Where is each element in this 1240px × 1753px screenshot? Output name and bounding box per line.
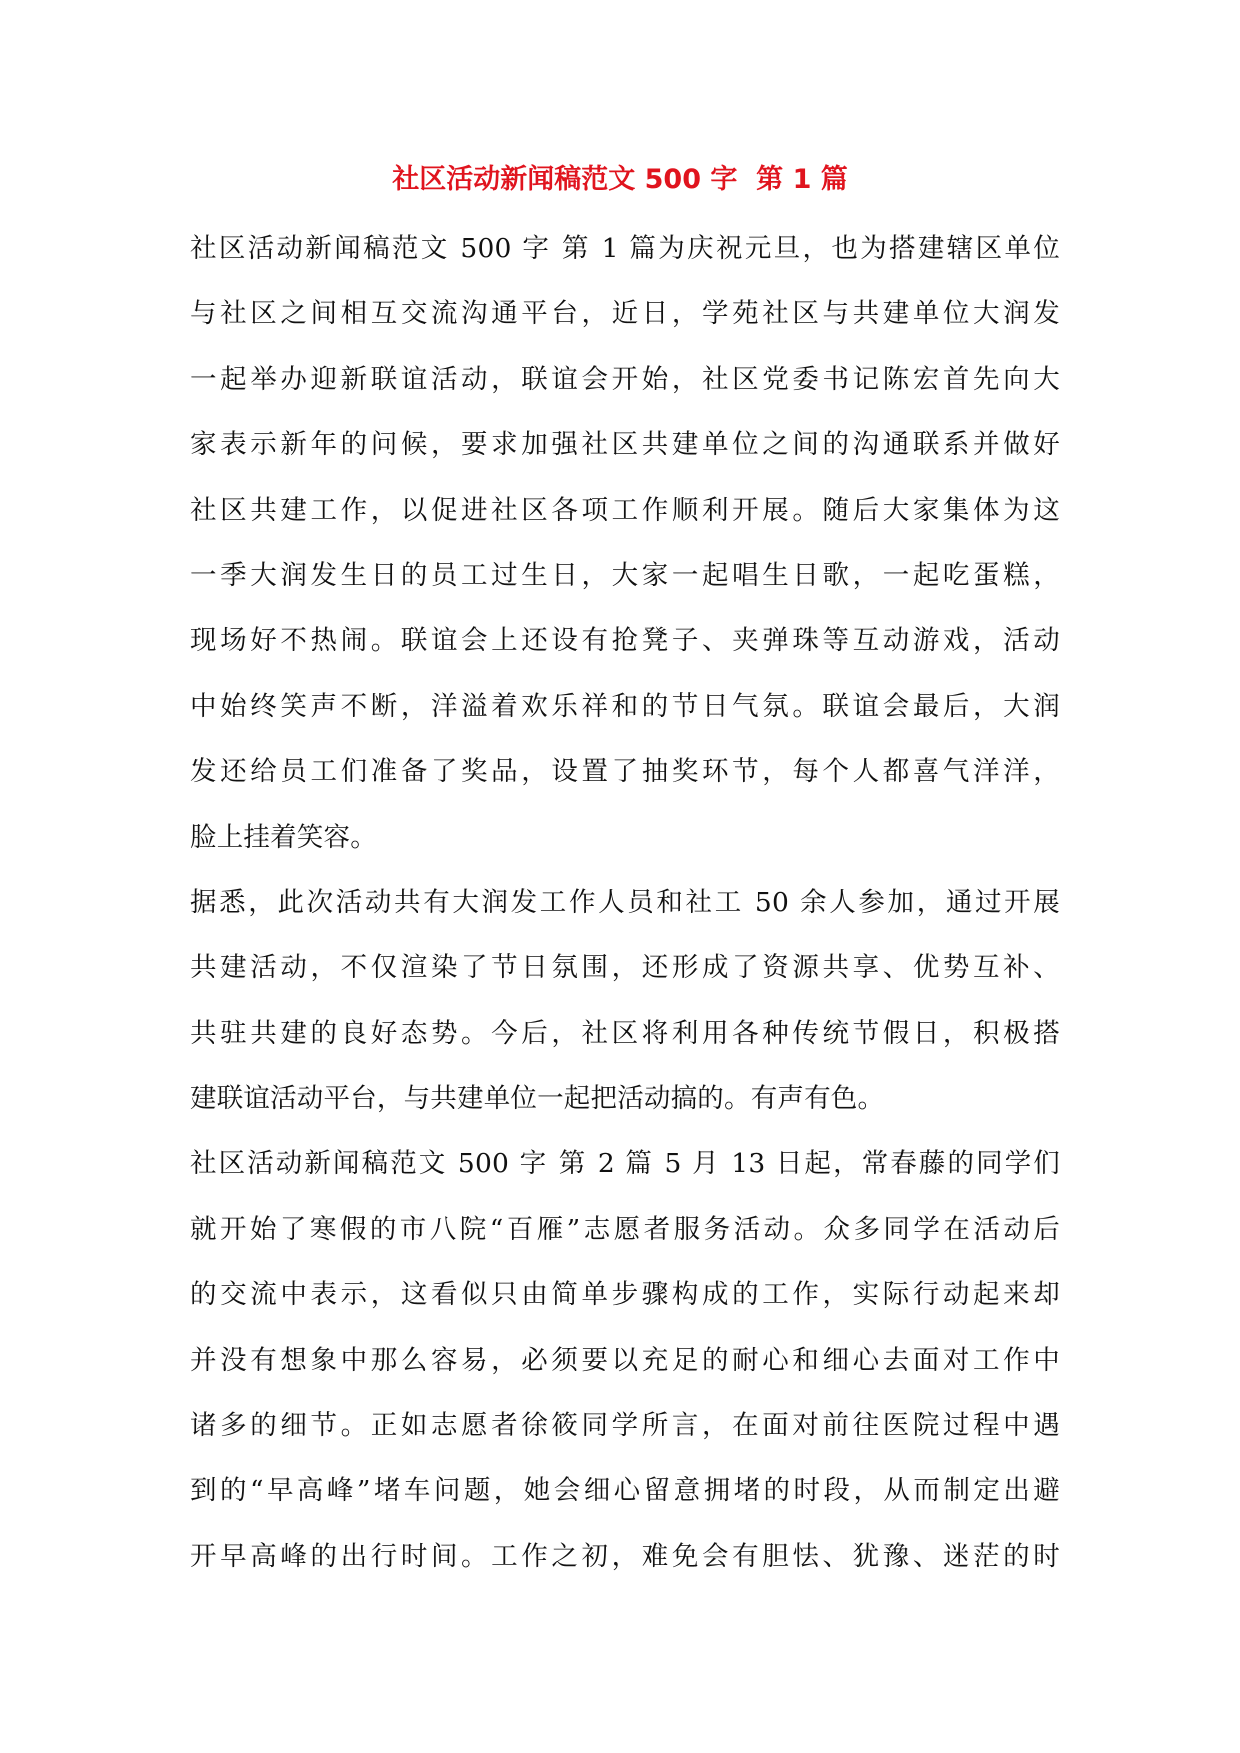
text-line: 并没有想象中那么容易，必须要以充足的耐心和细心去面对工作中 xyxy=(190,1338,1060,1403)
text-line: 开早高峰的出行时间。工作之初，难免会有胆怯、犹豫、迷茫的时 xyxy=(190,1534,1060,1599)
text-line: 社区共建工作，以促进社区各项工作顺利开展。随后大家集体为这 xyxy=(190,488,1060,553)
text-line: 到的“早高峰”堵车问题，她会细心留意拥堵的时段，从而制定出避 xyxy=(190,1468,1060,1533)
text-line: 共驻共建的良好态势。今后，社区将利用各种传统节假日，积极搭 xyxy=(190,1011,1060,1076)
text-line: 的交流中表示，这看似只由简单步骤构成的工作，实际行动起来却 xyxy=(190,1272,1060,1337)
text-line: 社区活动新闻稿范文 500 字 第 2 篇 5 月 13 日起，常春藤的同学们 xyxy=(190,1141,1060,1206)
text-line: 共建活动，不仅渲染了节日氛围，还形成了资源共享、优势互补、 xyxy=(190,945,1060,1010)
text-line: 社区活动新闻稿范文 500 字 第 1 篇为庆祝元旦，也为搭建辖区单位 xyxy=(190,226,1060,291)
document-body: 社区活动新闻稿范文 500 字 第 1 篇为庆祝元旦，也为搭建辖区单位 与社区之… xyxy=(190,226,1060,1599)
text-line: 就开始了寒假的市八院“百雁”志愿者服务活动。众多同学在活动后 xyxy=(190,1207,1060,1272)
text-line: 家表示新年的问候，要求加强社区共建单位之间的沟通联系并做好 xyxy=(190,422,1060,487)
text-line: 一季大润发生日的员工过生日，大家一起唱生日歌，一起吃蛋糕， xyxy=(190,553,1060,618)
text-line: 中始终笑声不断，洋溢着欢乐祥和的节日气氛。联谊会最后，大润 xyxy=(190,684,1060,749)
text-line-paragraph-end: 脸上挂着笑容。 xyxy=(190,815,1060,880)
text-line: 与社区之间相互交流沟通平台，近日，学苑社区与共建单位大润发 xyxy=(190,291,1060,356)
text-line: 一起举办迎新联谊活动，联谊会开始，社区党委书记陈宏首先向大 xyxy=(190,357,1060,422)
document-page: 社区活动新闻稿范文 500 字 第 1 篇 社区活动新闻稿范文 500 字 第 … xyxy=(0,0,1240,1753)
text-line: 据悉，此次活动共有大润发工作人员和社工 50 余人参加，通过开展 xyxy=(190,880,1060,945)
text-line-paragraph-end: 建联谊活动平台，与共建单位一起把活动搞的。有声有色。 xyxy=(190,1076,1060,1141)
text-line: 发还给员工们准备了奖品，设置了抽奖环节，每个人都喜气洋洋， xyxy=(190,749,1060,814)
text-line: 诸多的细节。正如志愿者徐筱同学所言，在面对前往医院过程中遇 xyxy=(190,1403,1060,1468)
document-title: 社区活动新闻稿范文 500 字 第 1 篇 xyxy=(0,160,1240,200)
text-line: 现场好不热闹。联谊会上还设有抢凳子、夹弹珠等互动游戏，活动 xyxy=(190,618,1060,683)
